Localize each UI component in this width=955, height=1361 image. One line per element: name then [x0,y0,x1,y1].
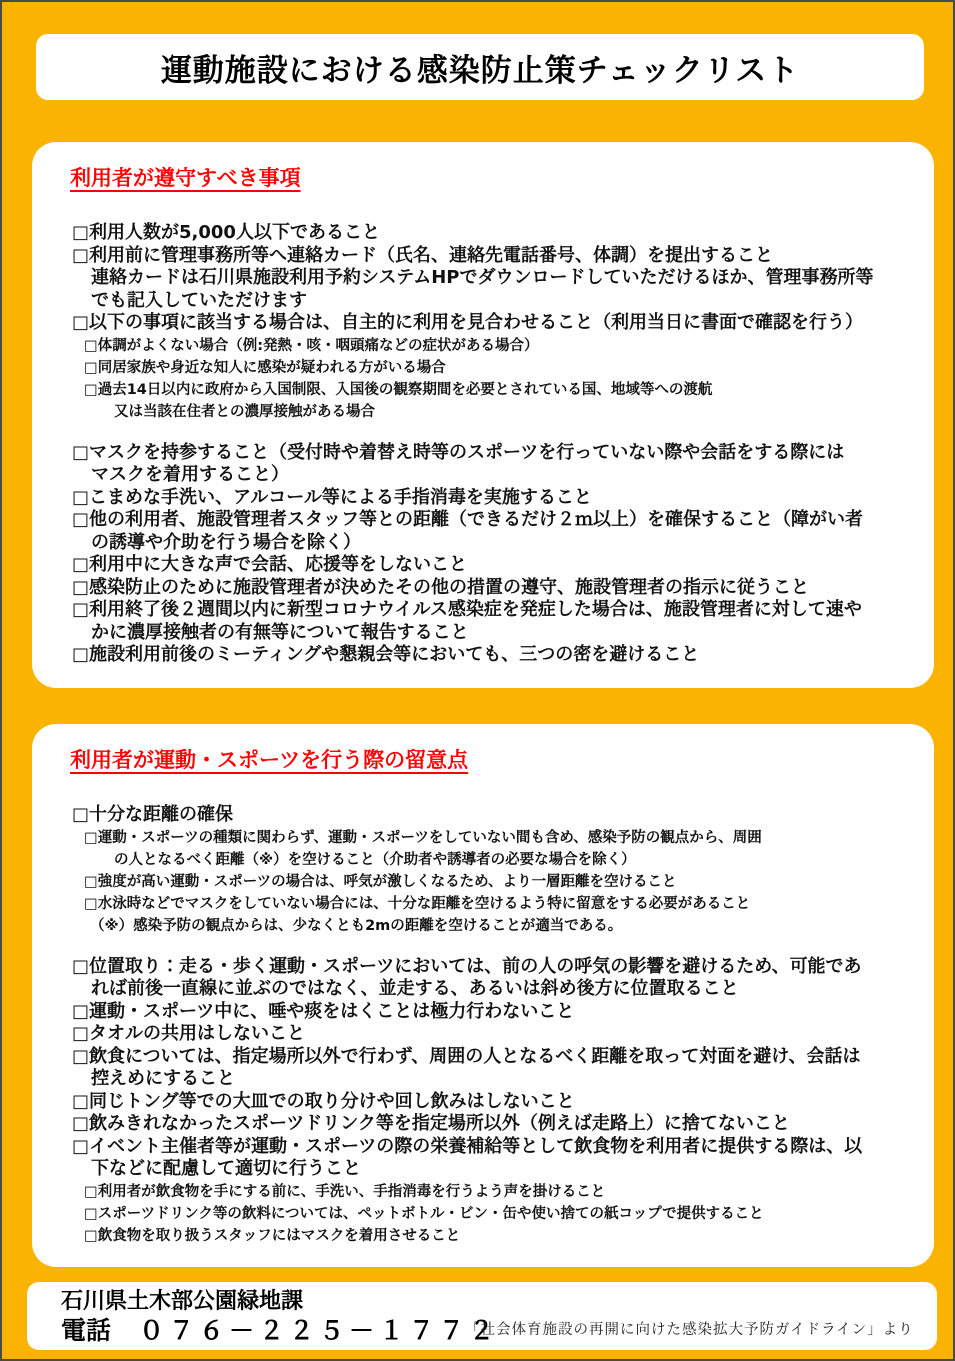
checklist-item: □過去14日以内に政府から入国制限、入国後の観察期間を必要とされている国、地域等… [84,379,910,401]
checklist-item: マスクを着用すること） [91,464,910,487]
checklist-item: □こまめな手洗い、アルコール等による手指消毒を実施すること [72,487,910,510]
checklist-item: □利用中に大きな声で会話、応援等をしないこと [72,554,910,577]
checklist-item: □マスクを持参すること（受付時や着替え時等のスポーツを行っていない際や会話をする… [72,442,910,465]
poster-background: 運動施設における感染防止策チェックリスト 利用者が遵守すべき事項 □利用人数が5… [0,0,955,1361]
source-attribution: 「社会体育施設の再開に向けた感染拡大予防ガイドライン」より [465,1318,914,1339]
checklist-item: □利用終了後２週間以内に新型コロナウイルス感染症を発症した場合は、施設管理者に対… [72,599,910,622]
checklist-item: □以下の事項に該当する場合は、自主的に利用を見合わせること（利用当日に書面で確認… [72,312,910,335]
checklist-item: □利用者が飲食物を手にする前に、手洗い、手指消毒を行うよう声を掛けること [84,1181,910,1203]
checklist-item: □位置取り：走る・歩く運動・スポーツにおいては、前の人の呼気の影響を避けるため、… [72,956,910,979]
phone-number: ０７６－２２５－１７７２ [139,1316,499,1346]
checklist-item: □スポーツドリンク等の飲料については、ペットボトル・ビン・缶や使い捨ての紙コップ… [84,1203,910,1225]
checklist-item: 下などに配慮して適切に行うこと [91,1158,910,1181]
checklist-item: □強度が高い運動・スポーツの場合は、呼気が激しくなるため、より一層距離を空けるこ… [84,871,910,893]
phone-label: 電話 [61,1316,111,1346]
checklist-item: □飲食物を取り扱うスタッフにはマスクを着用させること [84,1225,910,1247]
checklist-item: □タオルの共用はしないこと [72,1023,910,1046]
checklist-item: □運動・スポーツの種類に関わらず、運動・スポーツをしていない間も含め、感染予防の… [84,827,910,849]
checklist-item: □運動・スポーツ中に、唾や痰をはくことは極力行わないこと [72,1001,910,1024]
checklist-item: □同居家族や身近な知人に感染が疑われる方がいる場合 [84,357,910,379]
checklist-item: □同じトング等での大皿での取り分けや回し飲みはしないこと [72,1091,910,1114]
organization-name: 石川県土木部公園緑地課 [61,1288,917,1316]
checklist-item: 又は当該在住者との濃厚接触がある場合 [114,401,910,423]
checklist-item: □他の利用者、施設管理者スタッフ等との距離（できるだけ２ｍ以上）を確保すること（… [72,509,910,532]
checklist-item: □利用人数が5,000人以下であること [72,222,910,245]
checklist-item: □水泳時などでマスクをしていない場合には、十分な距離を空けるよう特に留意をする必… [84,893,910,915]
checklist-item: □利用前に管理事務所等へ連絡カード（氏名、連絡先電話番号、体調）を提出すること [72,245,910,268]
checklist-item: □十分な距離の確保 [72,804,910,827]
section-heading: 利用者が遵守すべき事項 [70,162,910,192]
checklist: □利用人数が5,000人以下であること□利用前に管理事務所等へ連絡カード（氏名、… [46,222,910,667]
checklist-item: 連絡カードは石川県施設利用予約システムHPでダウンロードしていただけるほか、管理… [91,267,910,290]
checklist-item: れば前後一直線に並ぶのではなく、並走する、あるいは斜め後方に位置取ること [91,978,910,1001]
section-heading: 利用者が運動・スポーツを行う際の留意点 [70,744,910,774]
checklist-item: （※）感染予防の観点からは、少なくとも2mの距離を空けることが適当である。 [90,915,910,937]
checklist-item: かに濃厚接触者の有無等について報告すること [91,622,910,645]
checklist-item: □イベント主催者等が運動・スポーツの際の栄養補給等として飲食物を利用者に提供する… [72,1136,910,1159]
checklist-item: □飲食については、指定場所以外で行わず、周囲の人となるべく距離を取って対面を避け… [72,1046,910,1069]
checklist: □十分な距離の確保□運動・スポーツの種類に関わらず、運動・スポーツをしていない間… [46,804,910,1247]
checklist-item: の人となるべく距離（※）を空けること（介助者や誘導者の必要な場合を除く） [114,849,910,871]
checklist-item: の誘導や介助を行う場合を除く） [91,532,910,555]
footer-card: 石川県土木部公園緑地課 電話 ０７６－２２５－１７７２ 「社会体育施設の再開に向… [27,1282,937,1350]
checklist-item: □飲みきれなかったスポーツドリンク等を指定場所以外（例えば走路上）に捨てないこと [72,1113,910,1136]
checklist-item: □施設利用前後のミーティングや懇親会等においても、三つの密を避けること [72,644,910,667]
checklist-item: 控えめにすること [91,1068,910,1091]
section-card-sports-notes: 利用者が運動・スポーツを行う際の留意点 □十分な距離の確保□運動・スポーツの種類… [32,724,934,1267]
checklist-item: でも記入していただけます [91,290,910,313]
title-panel: 運動施設における感染防止策チェックリスト [36,34,924,100]
checklist-item: □感染防止のために施設管理者が決めたその他の措置の遵守、施設管理者の指示に従うこ… [72,577,910,600]
checklist-item: □体調がよくない場合（例:発熱・咳・咽頭痛などの症状がある場合） [84,335,910,357]
section-card-rules: 利用者が遵守すべき事項 □利用人数が5,000人以下であること□利用前に管理事務… [32,142,934,688]
page-title: 運動施設における感染防止策チェックリスト [161,45,799,90]
